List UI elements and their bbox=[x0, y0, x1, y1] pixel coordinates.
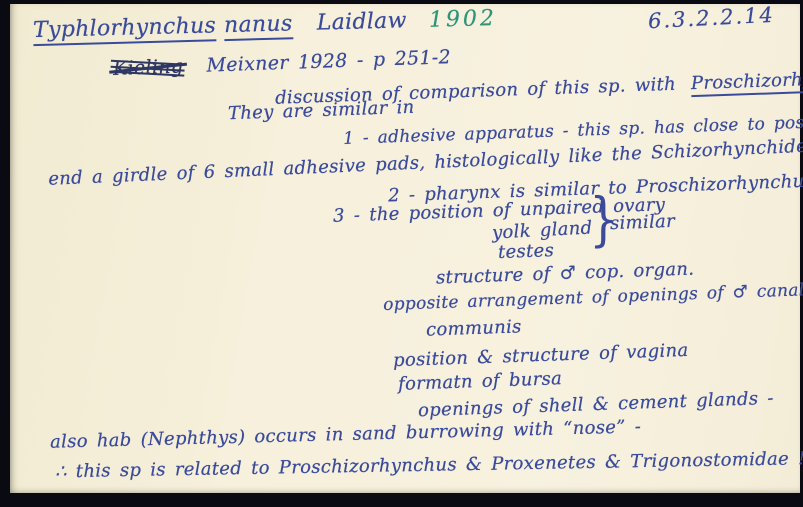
discussion-genus: Proschizorhyn bbox=[691, 69, 803, 98]
scan-background: 6.3.2.2.14 Typhlorhynchusnanus Laidlaw 1… bbox=[0, 0, 803, 507]
species-author: Laidlaw bbox=[316, 8, 407, 35]
point3-testes: testes bbox=[498, 240, 555, 263]
note-bursa-line: formatn of bursa bbox=[398, 368, 563, 395]
note-glands-line: openings of shell & cement glands - bbox=[418, 388, 774, 421]
index-card: 6.3.2.2.14 Typhlorhynchusnanus Laidlaw 1… bbox=[10, 4, 800, 493]
citation-text: Meixner 1928 - p 251-2 bbox=[206, 46, 451, 77]
species-year: 1902 bbox=[429, 6, 498, 33]
catalog-number: 6.3.2.2.14 bbox=[647, 3, 775, 34]
reference-line: Kieling Meixner 1928 - p 251-2 bbox=[113, 46, 452, 80]
species-genus: Typhlorhynchus bbox=[33, 13, 217, 46]
brace-label-similar: similar bbox=[610, 211, 676, 234]
conclusion-line: ∴ this sp is related to Proschizorhynchu… bbox=[55, 447, 803, 483]
note-vagina-line: position & structure of vagina bbox=[393, 340, 689, 371]
struck-out-word: Kieling bbox=[113, 55, 184, 79]
note-habit-line: also hab (Nephthys) occurs in sand burro… bbox=[50, 416, 642, 452]
note-structure-line: structure of ♂ cop. organ. bbox=[436, 258, 695, 288]
similar-intro-line: They are similar in bbox=[228, 97, 415, 124]
species-epithet: nanus bbox=[224, 11, 293, 41]
card-title: Typhlorhynchusnanus Laidlaw 1902 bbox=[33, 6, 498, 43]
note-communis-line: communis bbox=[426, 316, 522, 340]
